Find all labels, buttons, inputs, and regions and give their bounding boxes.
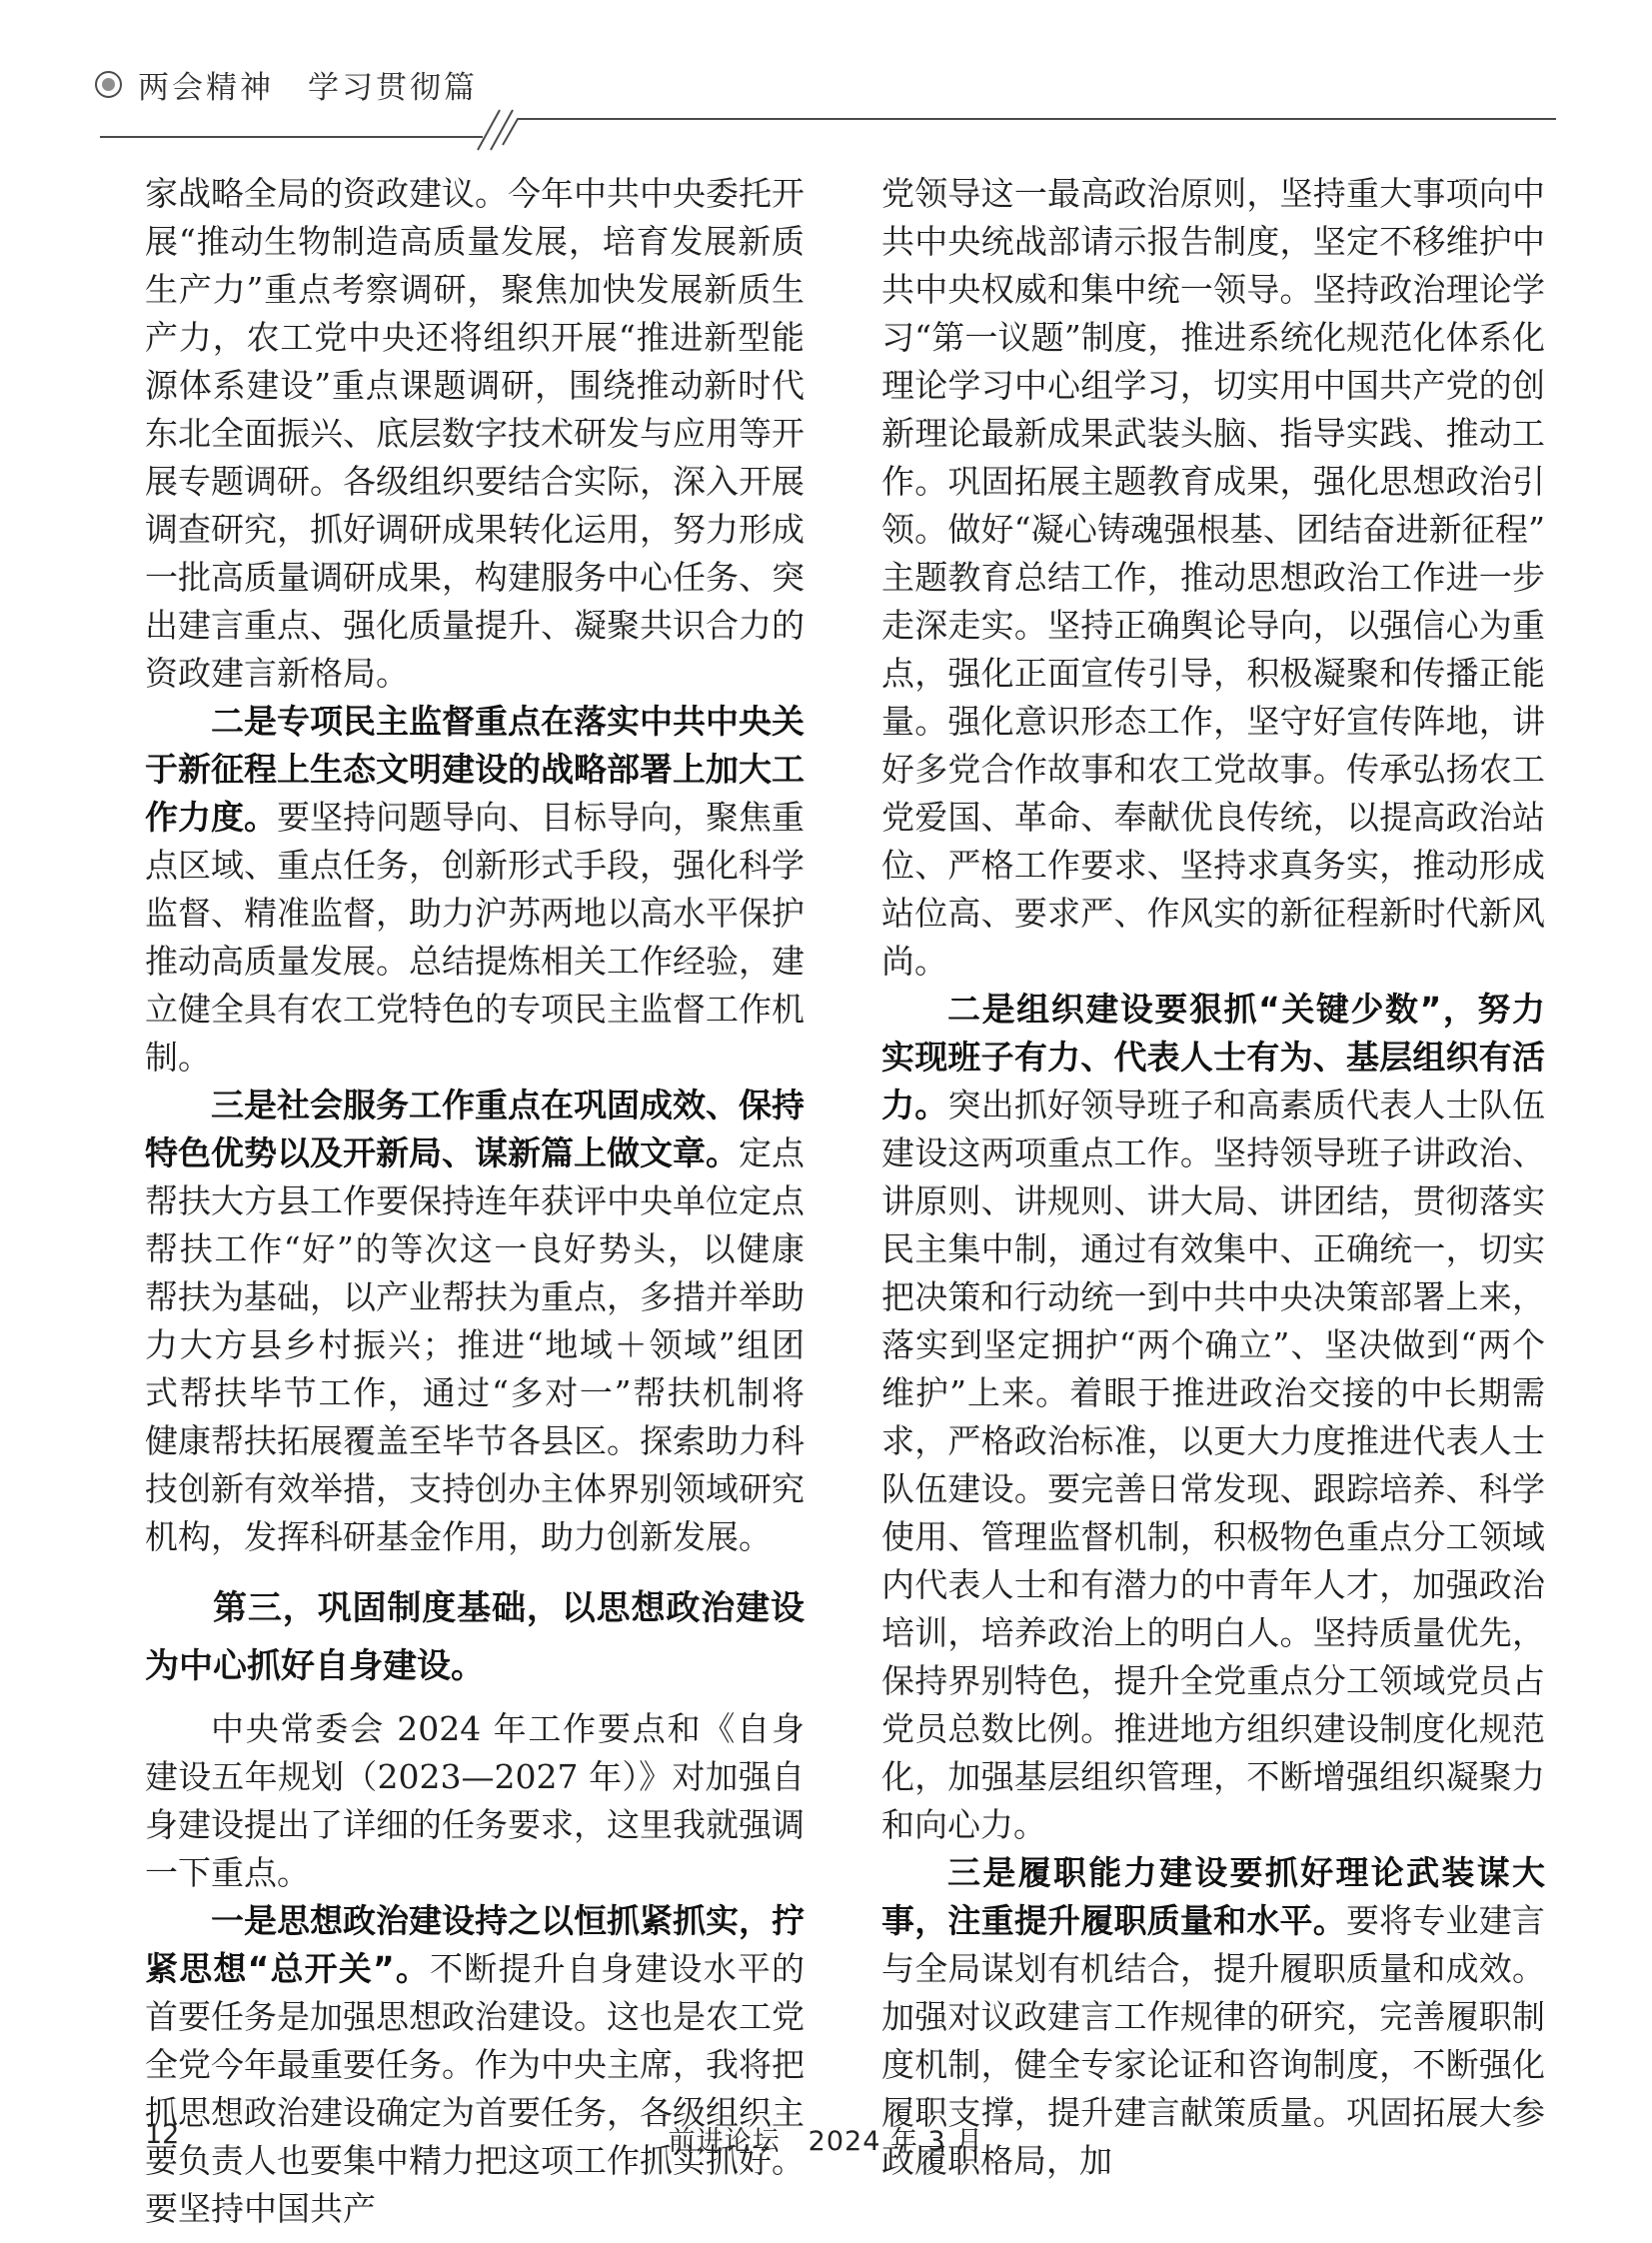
double-circle-icon [95, 71, 122, 98]
bold-lead-text: 三是社会服务工作重点在巩固成效、保持特色优势以及开新局、谋新篇上做文章。 [145, 1086, 805, 1172]
right-column: 党领导这一最高政治原则，坚持重大事项向中共中央统战部请示报告制度，坚定不移维护中… [881, 170, 1545, 2185]
paragraph: 一是思想政治建设持之以恒抓紧抓实，拧紧思想“总开关”。不断提升自身建设水平的首要… [145, 1897, 805, 2233]
header-divider-line [97, 95, 1559, 155]
body-text: 中央常委会 2024 年工作要点和《自身建设五年规划（2023—2027 年）》… [145, 1709, 805, 1892]
divider-slash-2 [491, 110, 513, 150]
body-text: 家战略全局的资政建议。今年中共中央委托开展“推动生物制造高质量发展，培育发展新质… [145, 174, 805, 693]
divider-slash-1 [478, 110, 500, 150]
paragraph: 家战略全局的资政建议。今年中共中央委托开展“推动生物制造高质量发展，培育发展新质… [145, 170, 805, 698]
section-heading: 第三，巩固制度基础，以思想政治建设为中心抓好自身建设。 [145, 1579, 805, 1695]
document-page: { "page": { "width": 1653, "height": 224… [0, 0, 1652, 2243]
journal-name-date: 前进论坛 2024 年 3 月 [0, 2119, 1652, 2158]
paragraph: 二是组织建设要狠抓“关键少数”，努力实现班子有力、代表人士有为、基层组织有活力。… [881, 986, 1545, 1849]
paragraph: 三是社会服务工作重点在巩固成效、保持特色优势以及开新局、谋新篇上做文章。定点帮扶… [145, 1082, 805, 1561]
left-column: 家战略全局的资政建议。今年中共中央委托开展“推动生物制造高质量发展，培育发展新质… [145, 170, 805, 2233]
paragraph: 中央常委会 2024 年工作要点和《自身建设五年规划（2023—2027 年）》… [145, 1705, 805, 1897]
body-text: 要坚持问题导向、目标导向，聚焦重点区域、重点任务，创新形式手段，强化科学监督、精… [145, 798, 805, 1077]
body-text: 不断提升自身建设水平的首要任务是加强思想政治建设。这也是农工党全党今年最重要任务… [145, 1949, 805, 2228]
body-text: 党领导这一最高政治原则，坚持重大事项向中共中央统战部请示报告制度，坚定不移维护中… [881, 174, 1545, 981]
body-text: 突出抓好领导班子和高素质代表人士队伍建设这两项重点工作。坚持领导班子讲政治、讲原… [881, 1086, 1545, 1844]
divider-right-segment [503, 119, 1556, 145]
body-text: 定点帮扶大方县工作要保持连年获评中央单位定点帮扶工作“好”的等次这一良好势头，以… [145, 1133, 805, 1556]
paragraph: 二是专项民主监督重点在落实中共中央关于新征程上生态文明建设的战略部署上加大工作力… [145, 698, 805, 1082]
paragraph: 党领导这一最高政治原则，坚持重大事项向中共中央统战部请示报告制度，坚定不移维护中… [881, 170, 1545, 986]
circle-dot [102, 78, 115, 91]
